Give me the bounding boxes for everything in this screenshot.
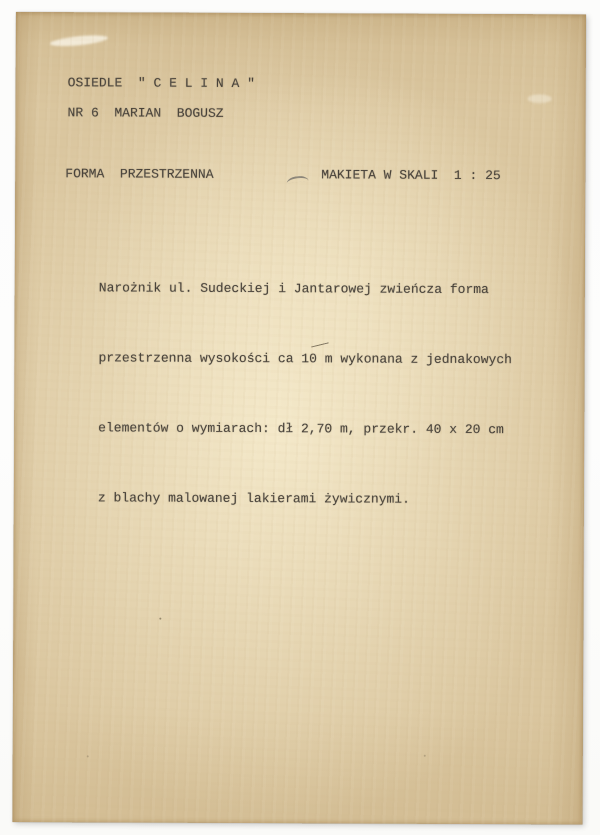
description-line-3: elementów o wymiarach: dł 2,70 m, przekr… xyxy=(98,417,512,442)
paper-speck xyxy=(424,755,426,757)
description-line-2: przestrzenna wysokości ca 10 m wykonana … xyxy=(98,346,512,371)
description-line-4: z blachy malowanej lakierami żywicznymi. xyxy=(98,487,512,512)
scanner-background: OSIEDLE " C E L I N A " NR 6 MARIAN BOGU… xyxy=(0,0,600,835)
author-line: NR 6 MARIAN BOGUSZ xyxy=(68,105,224,122)
description-line-1: Narożnik ul. Sudeckiej i Jantarowej zwie… xyxy=(99,276,513,301)
paper-scuff-mark xyxy=(50,33,109,48)
description-paragraph: Narożnik ul. Sudeckiej i Jantarowej zwie… xyxy=(98,229,513,558)
paper-scuff-mark-small xyxy=(528,94,552,103)
paper-speck xyxy=(159,618,161,620)
scale-label: MAKIETA W SKALI 1 : 25 xyxy=(321,167,501,184)
paper-speck xyxy=(87,755,89,757)
subject-label: FORMA PRZESTRZENNA xyxy=(65,166,213,183)
estate-title-line: OSIEDLE " C E L I N A " xyxy=(68,75,255,92)
paper-speck xyxy=(349,294,351,296)
pencil-dash-mark xyxy=(286,175,309,184)
document-page: OSIEDLE " C E L I N A " NR 6 MARIAN BOGU… xyxy=(12,12,586,824)
